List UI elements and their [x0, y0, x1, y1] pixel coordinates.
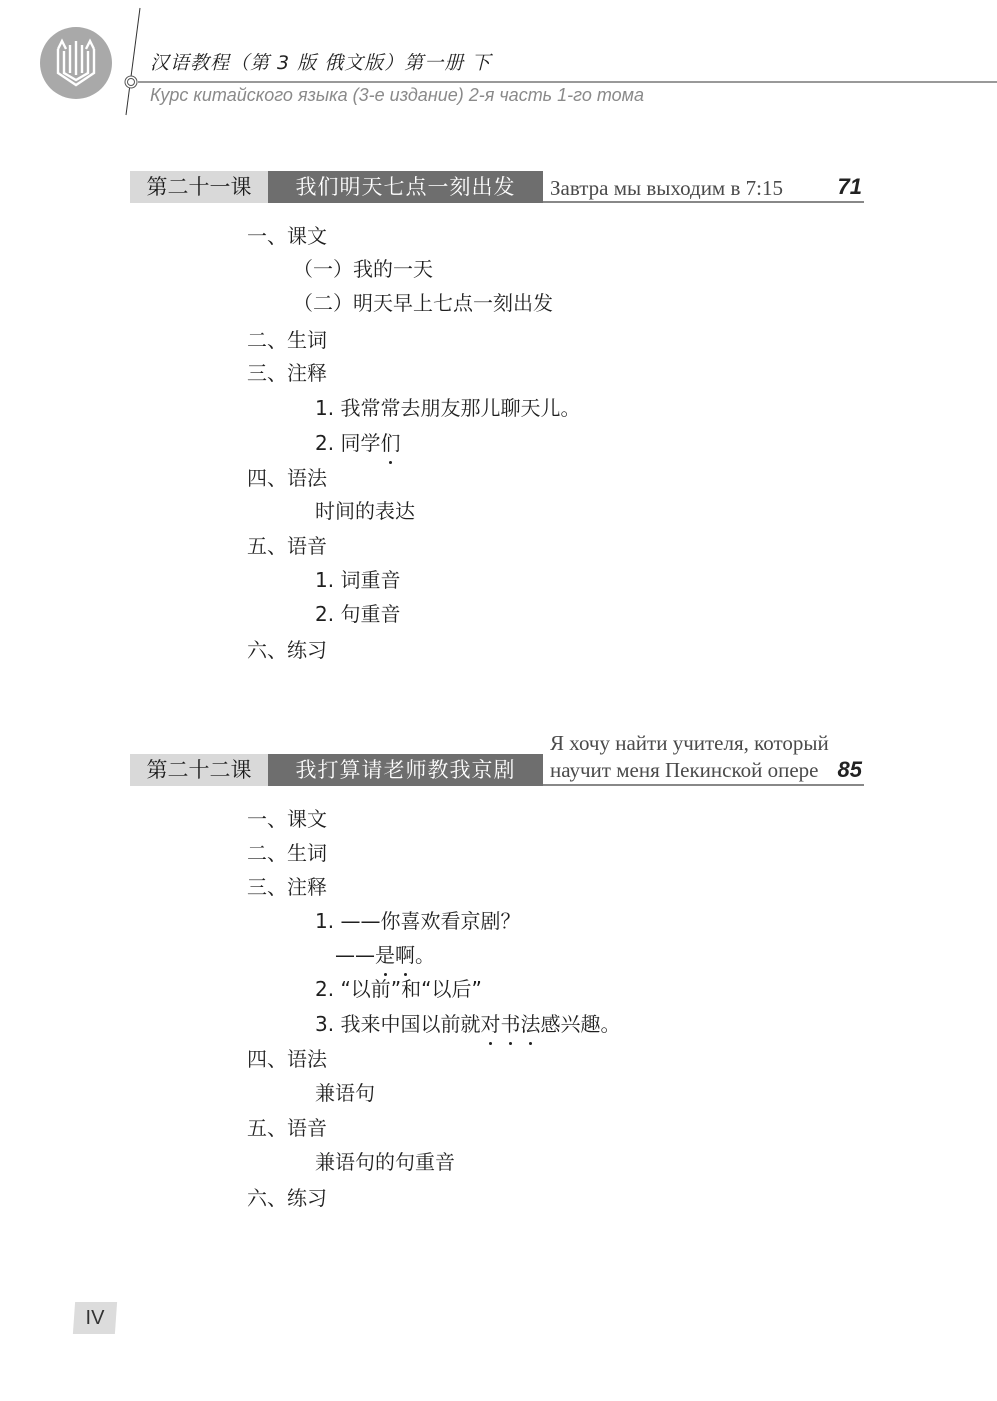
toc-text: 2. 同学 [315, 431, 380, 455]
divider [543, 784, 864, 786]
toc-item[interactable]: 四、语法 [247, 1045, 327, 1073]
lesson-header-22[interactable]: 第二十二课 我打算请老师教我京剧 Я хочу найти учителя, к… [130, 754, 864, 786]
book-title-ru: Курс китайского языка (3-е издание) 2-я … [150, 85, 644, 106]
emphasis-mark: 是 [375, 943, 395, 967]
page-folio: IV [73, 1302, 117, 1334]
toc-text: —— [315, 943, 375, 967]
toc-item[interactable]: 1. ——你喜欢看京剧？ [315, 907, 520, 935]
emphasis-mark: 书 [500, 1012, 520, 1036]
toc-item[interactable]: 二、生词 [247, 326, 327, 354]
lesson-title-cn: 我打算请老师教我京剧 [268, 754, 543, 786]
toc-item[interactable]: ——是啊。 [315, 941, 435, 969]
lesson-title-cn: 我们明天七点一刻出发 [268, 171, 543, 203]
folio-number: IV [74, 1302, 116, 1334]
toc-item[interactable]: 三、注释 [247, 359, 327, 387]
lesson-header-21[interactable]: 第二十一课 我们明天七点一刻出发 Завтра мы выходим в 7:1… [130, 171, 864, 203]
lesson-number: 第二十二课 [130, 754, 268, 786]
toc-item[interactable]: 3. 我来中国以前就对书法感兴趣。 [315, 1010, 620, 1038]
toc-item[interactable]: 2. 同学们 [315, 429, 400, 457]
divider [543, 201, 864, 203]
book-title-cn: 汉语教程（第 3 版 俄文版）第一册 下 [150, 48, 491, 75]
toc-item[interactable]: 兼语句 [315, 1079, 375, 1107]
toc-item[interactable]: 二、生词 [247, 839, 327, 867]
toc-text: 。 [415, 943, 435, 967]
lesson-number: 第二十一课 [130, 171, 268, 203]
emphasis-mark: 对 [480, 1012, 500, 1036]
lesson-title-ru-line2: научит меня Пекинской опере [550, 757, 818, 783]
toc-item[interactable]: 六、练习 [247, 1184, 327, 1212]
toc-item[interactable]: 四、语法 [247, 464, 327, 492]
toc-item[interactable]: （一）我的一天 [293, 255, 433, 283]
lesson-title-ru: Завтра мы выходим в 7:15 [550, 175, 783, 201]
page-number[interactable]: 85 [838, 757, 862, 783]
toc-item[interactable]: 2. “以前”和“以后” [315, 975, 482, 1003]
emphasis-mark: 们 [380, 431, 400, 455]
toc-item[interactable]: （二）明天早上七点一刻出发 [293, 289, 553, 317]
toc-item[interactable]: 五、语音 [247, 1114, 327, 1142]
toc-item[interactable]: 时间的表达 [315, 497, 415, 525]
toc-item[interactable]: 六、练习 [247, 636, 327, 664]
toc-item[interactable]: 1. 我常常去朋友那儿聊天儿。 [315, 394, 580, 422]
toc-item[interactable]: 一、课文 [247, 805, 327, 833]
toc-item[interactable]: 三、注释 [247, 873, 327, 901]
toc-item[interactable]: 兼语句的句重音 [315, 1148, 455, 1176]
toc-item[interactable]: 2. 句重音 [315, 600, 400, 628]
emphasis-mark: 法 [520, 1012, 540, 1036]
toc-item[interactable]: 1. 词重音 [315, 566, 400, 594]
emphasis-mark: 啊 [395, 943, 415, 967]
toc-text: 3. 我来中国以前就 [315, 1012, 480, 1036]
page-number[interactable]: 71 [838, 174, 862, 200]
lesson-title-ru-line1: Я хочу найти учителя, который [550, 730, 829, 756]
toc-item[interactable]: 五、语音 [247, 532, 327, 560]
toc-item[interactable]: 一、课文 [247, 222, 327, 250]
toc-text: 感兴趣。 [540, 1012, 620, 1036]
